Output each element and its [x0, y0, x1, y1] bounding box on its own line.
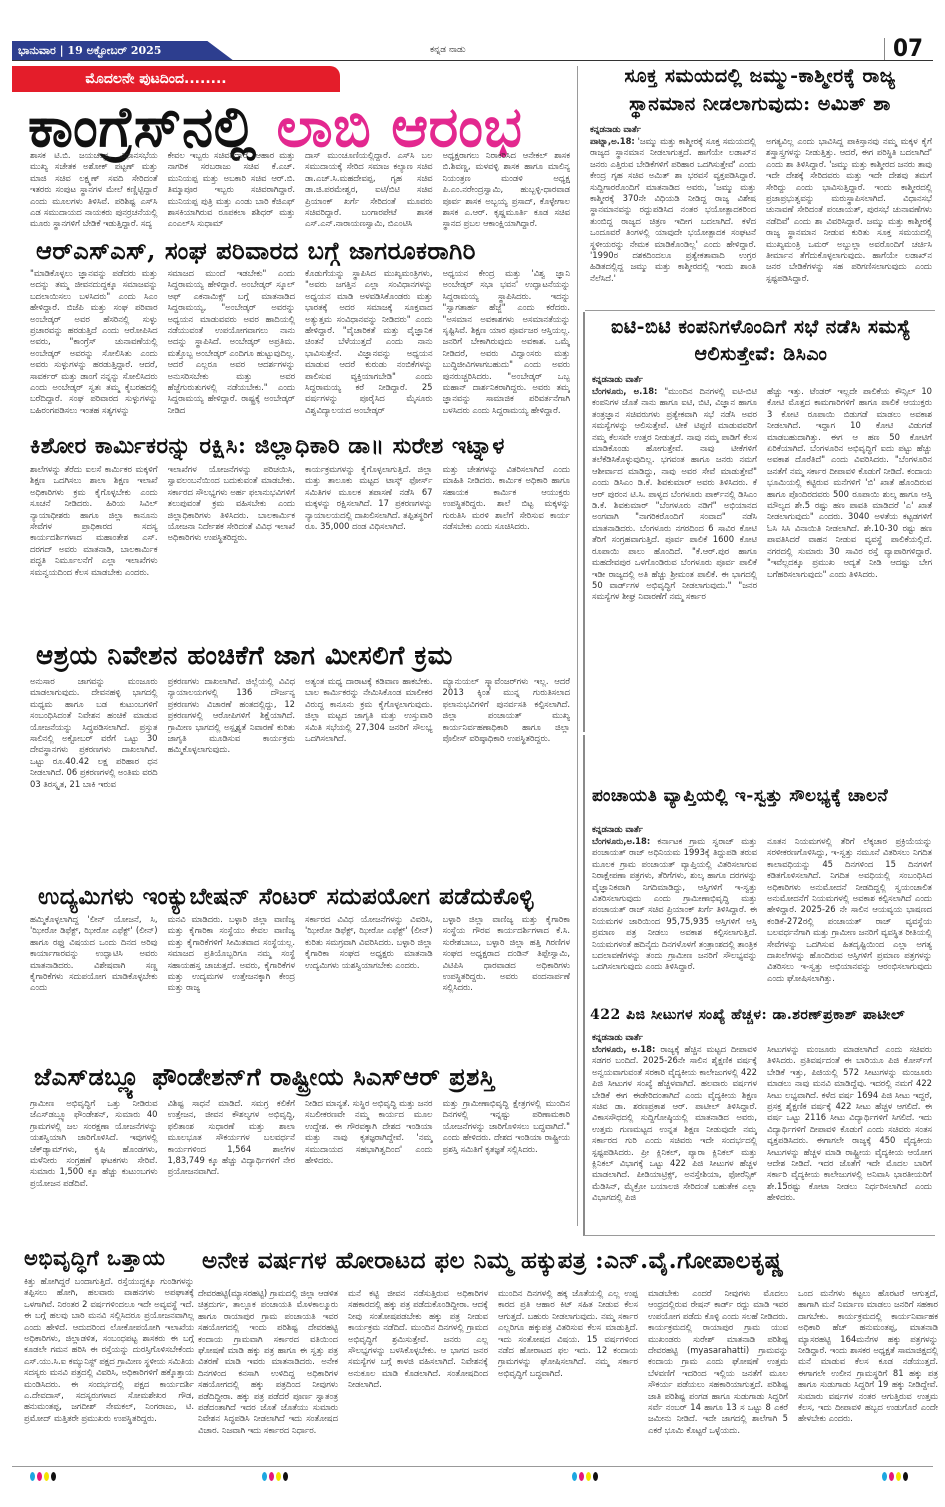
article-column: ದೇವರಹಟ್ಟಿ(ಮ್ಯಾಸರಹಟ್ಟಿ) ಗ್ರಾಮದಲ್ಲಿ ಜಿಲ್ಲಾ…: [198, 1288, 338, 1464]
paper-name: ಕನ್ನಡ ನಾಡು: [430, 45, 466, 55]
yellow-mark-icon: [586, 1472, 591, 1481]
article-column: ಕೇವಲ ಇಬ್ಬರು ಸಚಿವರಿದ್ದಾರೆ, ಆಹಾರ ಮತ್ತು ನಾಗ…: [168, 150, 296, 232]
article-column: ಪ್ರಕರಣಗಳು ದಾಖಲಾಗಿವೆ. ಜಿಲ್ಲೆಯಲ್ಲಿ ವಿವಿಧ ನ…: [168, 676, 296, 876]
article-column: ಅನುಸಾರ ಜಾಗವನ್ನು ಮಂಜೂರು ಮಾಡಲಾಗುವುದು. ದೇವನ…: [30, 676, 158, 876]
article-text: "ಮುಂದಿನ ದಿನಗಳಲ್ಲಿ ಐಟಿ-ಬಿಟಿ ಕಂಪನಿಗಳ ಜೊತೆ …: [592, 386, 757, 601]
page-number-divider: [884, 38, 885, 60]
headline-panchayat: ಪಂಚಾಯತಿ ವ್ಯಾಪ್ತಿಯಲ್ಲಿ ಇ-ಸ್ವತ್ತು ಸೌಲಭ್ಯಕ್…: [592, 784, 888, 808]
article-column: ಒಂದ ಮನೆಗಳು ಕಟ್ಟಲು ಹೊರಟರೆ ಆಗುತ್ತದೆ, ಹಾಗಾಗ…: [798, 1288, 938, 1464]
cyan-mark-icon: [882, 1472, 887, 1481]
article-udyami-body: ಹಮ್ಮಿಕೊಳ್ಳಲಾಗಿದ್ದ 'ಲೀನ್ ಯೋಜನೆ, ಸಿ, 'ಝೀರೋ…: [30, 914, 570, 1054]
article-column: ಸೀಟುಗಳನ್ನು ಮಂಜೂರು ಮಾಡಲಾಗಿದೆ ಎಂದು ಸಚಿವರು …: [767, 1044, 932, 1232]
dateline-dcm: ಕನ್ನಡನಾಡು ವಾರ್ತೆ: [592, 374, 643, 385]
article-column: ಅಧ್ಯಕ್ಷರಾಗಲು ನಿರಾಕರಿಸಿದ ಆನೇಕಲ್ ಶಾಸಕ ಬಿ.ಶ…: [443, 150, 571, 232]
headline-dcm: ಐಟಿ-ಬಿಟಿ ಕಂಪನಿಗಳೊಂದಿಗೆ ಸಭೆ ನಡೆಸಿ ಸಮಸ್ಯೆ …: [596, 314, 926, 368]
masthead-rule: [12, 60, 933, 61]
article-column: ಬೆಂಗಳೂರು,ಅ.18: ಕರ್ನಾಟಕ ಗ್ರಾಮ ಸ್ವರಾಜ್ ಮತ್…: [592, 836, 757, 1020]
place-date: ಪಾಟ್ನಾ,ಅ.18:: [590, 136, 635, 146]
place-date: ಬೆಂಗಳೂರು, ಅ.18:: [592, 1044, 655, 1054]
page-number: 07: [893, 36, 923, 60]
black-mark-icon: [51, 1472, 56, 1481]
cyan-mark-icon: [572, 1472, 577, 1481]
article-column: ಇಲಾಖೆಗಳ ಯೋಜನೆಗಳನ್ನು ಪರಿಚಯಿಸಿ, ಸ್ವಾವಲಂಬನೆ…: [168, 464, 296, 636]
magenta-mark-icon: [269, 1472, 274, 1481]
dateline-pg-seats: ಕನ್ನಡನಾಡು ವಾರ್ತೆ: [592, 1032, 643, 1043]
article-column: ನೀಡಿದ ಮಾನ್ಯತೆ. ಸುಸ್ಥಿರ ಅಭಿವೃದ್ಧಿ ಮತ್ತು ಜ…: [305, 1098, 433, 1230]
article-panchayat-body: ಬೆಂಗಳೂರು,ಅ.18: ಕರ್ನಾಟಕ ಗ್ರಾಮ ಸ್ವರಾಜ್ ಮತ್…: [592, 836, 932, 1020]
article-column: ಕೊಡುಗೆಯನ್ನು ಸ್ಥಾಪಿಸಿದ ಮುಖ್ಯಮಂತ್ರಿಗಳು, "ಅ…: [305, 268, 433, 428]
place-date: ಬೆಂಗಳೂರು,ಅ.18:: [592, 836, 650, 846]
article-column: ಕಾರ್ಯಕ್ರಮಗಳನ್ನು ಕೈಗೊಳ್ಳಲಾಗುತ್ತಿದೆ. ಜಿಲ್ಲ…: [305, 464, 433, 636]
article-column: ದಾಸ್ ಮುಂಚೂಣಿಯಲ್ಲಿದ್ದಾರೆ. ಎಸ್‌ಸಿ ಬಲ ಸಮುದಾ…: [305, 150, 433, 232]
article-column: ಗ್ರಾಮೀಣ ಅಭಿವೃದ್ಧಿಗೆ ಒತ್ತು ನೀಡಿರುವ ಜೆಎಸ್‌…: [30, 1098, 158, 1230]
article-column: ಮುಂದಿನ ದಿನಗಳಲ್ಲಿ ಹಕ್ಕ ಜೊತೆಯಲ್ಲಿ ಎಲ್ಲ ಉಪ್…: [498, 1288, 638, 1464]
headline-jcsw: ಜೆಎಸ್‌ಡಬ್ಲ್ಯೂ ಫೌಂಡೇಶನ್‌ಗೆ ರಾಷ್ಟ್ರೀಯ ಸಿಎಸ…: [34, 1062, 495, 1092]
column-divider: [577, 66, 578, 1226]
article-column: ಬಳ್ಳಾರಿ ಜಿಲ್ಲಾ ವಾಣಿಜ್ಯ ಮತ್ತು ಕೈಗಾರಿಕಾ ಸಂ…: [443, 914, 571, 1054]
black-mark-icon: [593, 1472, 598, 1481]
article-congress-body: ಶಾಸಕ ಟಿ.ಬಿ. ಜಯಚಂದ್ರ, ವಿಧಾನಸಭೆಯ ಮುಖ್ಯ ಸಚೇ…: [30, 150, 570, 232]
headline-rss: ಆರ್‌ಎಸ್‌ಎಸ್, ಸಂಘ ಪರಿವಾರದ ಬಗ್ಗೆ ಜಾಗರೂಕರಾಗ…: [36, 236, 476, 266]
headline-amit-shah: ಸೂಕ್ತ ಸಮಯದಲ್ಲಿ ಜಮ್ಮು-ಕಾಶ್ಮೀರಕ್ಕೆ ರಾಜ್ಯ ಸ…: [590, 62, 930, 118]
headline-pg-seats: 422 ಪಿಜಿ ಸೀಟುಗಳ ಸಂಖ್ಯೆ ಹೆಚ್ಚಳ: ಡಾ.ಶರಣ್‌ಪ…: [590, 1004, 905, 1026]
article-jcsw-body: ಗ್ರಾಮೀಣ ಅಭಿವೃದ್ಧಿಗೆ ಒತ್ತು ನೀಡಿರುವ ಜೆಎಸ್‌…: [30, 1098, 570, 1230]
article-gopalakrishna-body: ದೇವರಹಟ್ಟಿ(ಮ್ಯಾಸರಹಟ್ಟಿ) ಗ್ರಾಮದಲ್ಲಿ ಜಿಲ್ಲಾ…: [198, 1288, 938, 1464]
article-column: ಮನೆ ಕಟ್ಟಿ ಜೀವನ ನಡೆಸುತ್ತಿರುವ ಅಧಿಕಾರಿಗಳ ಸಹ…: [348, 1288, 488, 1464]
section-banner: ಮೊದಲನೇ ಪುಟದಿಂದ........: [12, 66, 340, 92]
black-mark-icon: [903, 1472, 908, 1481]
registration-marks: [572, 1472, 598, 1481]
article-column: ಸಮಾಜದ ಮುಂದೆ ಇಡಬೇಕು" ಎಂದು ಸಿದ್ದರಾಮಯ್ಯ ಹೇಳ…: [168, 268, 296, 428]
registration-marks: [30, 1472, 56, 1481]
article-column: ಮಾಡಬೇಕು ಎಂದರೆ ನೀವುಗಳು ಮೊದಲು ಆಂಧ್ರದಲ್ಲಿರು…: [648, 1288, 788, 1464]
yellow-mark-icon: [276, 1472, 281, 1481]
article-column: ಕಿತ್ತು ಹೋಗಿದ್ದರೆ ಬಂದಾಗುತ್ತಿದೆ. ರಸ್ತೆಯುದ್…: [24, 1276, 194, 1464]
dateline-amit-shah: ಕನ್ನಡನಾಡು ವಾರ್ತೆ: [590, 124, 641, 135]
yellow-mark-icon: [896, 1472, 901, 1481]
headline-udyami: ಉದ್ಯಮಿಗಳು ಇಂಕ್ಯುಬೇಷನ್ ಸೆಂಟರ್ ಸದುಪಯೋಗ ಪಡೆ…: [38, 882, 534, 912]
headline-gopalakrishna: ಅನೇಕ ವರ್ಷಗಳ ಹೋರಾಟದ ಫಲ ನಿಮ್ಮ ಹಕ್ಕುಪತ್ರ :ಎ…: [202, 1244, 784, 1278]
magenta-mark-icon: [889, 1472, 894, 1481]
magenta-mark-icon: [579, 1472, 584, 1481]
article-column: "ಮಾಡಿಕೊಳ್ಳಲು ಜ್ಞಾನವನ್ನು ಪಡೆದರು ಮತ್ತು ಅದನ…: [30, 268, 158, 428]
headline-abhivruddhi: ಅಭಿವೃದ್ಧಿಗೆ ಒತ್ತಾಯ: [24, 1244, 165, 1272]
article-column: ಶಾಲೆಗಳನ್ನು ತೆರೆದು ಐಲಸೆ ಕಾರ್ಮಿಕರ ಮಕ್ಕಳಿಗೆ…: [30, 464, 158, 636]
article-kishore-body: ಶಾಲೆಗಳನ್ನು ತೆರೆದು ಐಲಸೆ ಕಾರ್ಮಿಕರ ಮಕ್ಕಳಿಗೆ…: [30, 464, 570, 636]
article-column: ಮನವಿ ಮಾಡಿದರು. ಬಳ್ಳಾರಿ ಜಿಲ್ಲಾ ವಾಣಿಜ್ಯ ಮತ್…: [168, 914, 296, 1054]
registration-marks: [882, 1472, 908, 1481]
magenta-mark-icon: [37, 1472, 42, 1481]
article-text: ರಾಜ್ಯಕ್ಕೆ ಹೆಚ್ಚಿನ ಮಟ್ಟದ ದೀಪಾವಳಿ ಸಡಗರ ಬಂದ…: [592, 1044, 757, 1202]
section-rule: [585, 310, 935, 311]
registration-marks: [262, 1472, 288, 1481]
article-text: ಕರ್ನಾಟಕ ಗ್ರಾಮ ಸ್ವರಾಜ್ ಮತ್ತು ಪಂಚಾಯತ್ ರಾಜ್…: [592, 836, 757, 971]
article-column: ಅತ್ಯಂತ ಮಧ್ಯ ದಾರಾಟಕ್ಕೆ ಕಡಿವಾಣ ಹಾಕಬೇಕು. ಬಾ…: [305, 676, 433, 876]
yellow-mark-icon: [44, 1472, 49, 1481]
article-pg-seats-body: ಬೆಂಗಳೂರು, ಅ.18: ರಾಜ್ಯಕ್ಕೆ ಹೆಚ್ಚಿನ ಮಟ್ಟದ …: [592, 1044, 932, 1232]
article-column: ಅಗತ್ಯವಿಲ್ಲ ಎಂದು ಭಾವಿಸಿದ್ದ ಪಾಕಿಸ್ತಾನವು ನಮ…: [766, 136, 932, 308]
headline-kishore: ಕಿಶೋರ ಕಾರ್ಮಿಕರನ್ನು ರಕ್ಷಿಸಿ: ಜಿಲ್ಲಾಧಿಕಾರಿ…: [30, 432, 505, 460]
date-band: ಭಾನುವಾರ | 19 ಅಕ್ಟೋಬರ್ 2025: [12, 41, 234, 61]
article-column: ಮತ್ತು ಗ್ರಾಮೀಣಾಭಿವೃದ್ಧಿ ಕ್ಷೇತ್ರಗಳಲ್ಲಿ ಮುಂ…: [443, 1098, 571, 1230]
article-text: 'ಜಮ್ಮು ಮತ್ತು ಕಾಶ್ಮೀರಕ್ಕೆ ಸೂಕ್ತ ಸಮಯದಲ್ಲಿ …: [590, 136, 756, 283]
article-column: ವಿಶಿಷ್ಟ ಸಾಧನೆ ಮಾಡಿದೆ. ಸಮಗ್ರ ಕಲಿಕೆಗೆ ಉತ್ತ…: [168, 1098, 296, 1230]
article-column: ಹೆಚ್ಚು ಇತ್ತು. ಟೆಂಡರ್ ಇಲ್ಲದೇ ಪಾಲಿಕೆಯ ಕೌನ್…: [767, 386, 932, 726]
cyan-mark-icon: [262, 1472, 267, 1481]
article-column: ಬೆಂಗಳೂರು, ಅ.18: ರಾಜ್ಯಕ್ಕೆ ಹೆಚ್ಚಿನ ಮಟ್ಟದ …: [592, 1044, 757, 1232]
article-column: ಸರ್ಕಾರದ ವಿವಿಧ ಯೋಜನೆಗಳನ್ನು ವಿವರಿಸಿ, 'ಝೀರೋ…: [305, 914, 433, 1054]
article-column: ಶಾಸಕ ಟಿ.ಬಿ. ಜಯಚಂದ್ರ, ವಿಧಾನಸಭೆಯ ಮುಖ್ಯ ಸಚೇ…: [30, 150, 158, 232]
footer-rule: [12, 1466, 933, 1467]
article-amit-shah-body: ಪಾಟ್ನಾ,ಅ.18: 'ಜಮ್ಮು ಮತ್ತು ಕಾಶ್ಮೀರಕ್ಕೆ ಸೂ…: [590, 136, 932, 308]
article-column: ಹಮ್ಮಿಕೊಳ್ಳಲಾಗಿದ್ದ 'ಲೀನ್ ಯೋಜನೆ, ಸಿ, 'ಝೀರೋ…: [30, 914, 158, 1054]
cyan-mark-icon: [30, 1472, 35, 1481]
place-date: ಬೆಂಗಳೂರು, ಅ.18:: [592, 386, 657, 396]
article-column: ಮತ್ತು ಚೇತಗಳನ್ನು ವಿತರಿಸಲಾಗಿದೆ ಎಂದು ಮಾಹಿತಿ…: [443, 464, 571, 636]
article-abhivruddhi-body: ಕಿತ್ತು ಹೋಗಿದ್ದರೆ ಬಂದಾಗುತ್ತಿದೆ. ರಸ್ತೆಯುದ್…: [24, 1276, 194, 1464]
article-column: ಪಾಟ್ನಾ,ಅ.18: 'ಜಮ್ಮು ಮತ್ತು ಕಾಶ್ಮೀರಕ್ಕೆ ಸೂ…: [590, 136, 756, 308]
dateline-panchayat: ಕನ್ನಡನಾಡು ವಾರ್ತೆ: [592, 824, 643, 835]
article-column: ಅಧ್ಯಯನ ಕೇಂದ್ರ ಮತ್ತು 'ವಿಶ್ವ ಜ್ಞಾನಿ ಅಂಬೇಡ್…: [443, 268, 571, 428]
article-column: ಬೆಂಗಳೂರು, ಅ.18: "ಮುಂದಿನ ದಿನಗಳಲ್ಲಿ ಐಟಿ-ಬಿ…: [592, 386, 757, 726]
black-mark-icon: [283, 1472, 288, 1481]
article-column: ಮ್ಯಾನುಯಲ್ ಸ್ಕ್ಯಾವೆಂಜರ್‌ಗಳು ಇಲ್ಲ. ಆದರೆ 20…: [443, 676, 571, 876]
article-rss-body: "ಮಾಡಿಕೊಳ್ಳಲು ಜ್ಞಾನವನ್ನು ಪಡೆದರು ಮತ್ತು ಅದನ…: [30, 268, 570, 428]
article-ashraya-body: ಅನುಸಾರ ಜಾಗವನ್ನು ಮಂಜೂರು ಮಾಡಲಾಗುವುದು. ದೇವನ…: [30, 676, 570, 876]
article-column: ನೂತನ ನಿಯಮಗಳಲ್ಲಿ ತೆರಿಗೆ ಲೆಕ್ಕಚಾರ ಪ್ರಕ್ರಿಯ…: [767, 836, 932, 1020]
headline-ashraya: ಆಶ್ರಯ ನಿವೇಶನ ಹಂಚಿಕೆಗೆ ಜಾಗ ಮೀಸಲಿಗೆ ಕ್ರಮ: [36, 640, 453, 672]
article-dcm-body: ಬೆಂಗಳೂರು, ಅ.18: "ಮುಂದಿನ ದಿನಗಳಲ್ಲಿ ಐಟಿ-ಬಿ…: [592, 386, 932, 726]
